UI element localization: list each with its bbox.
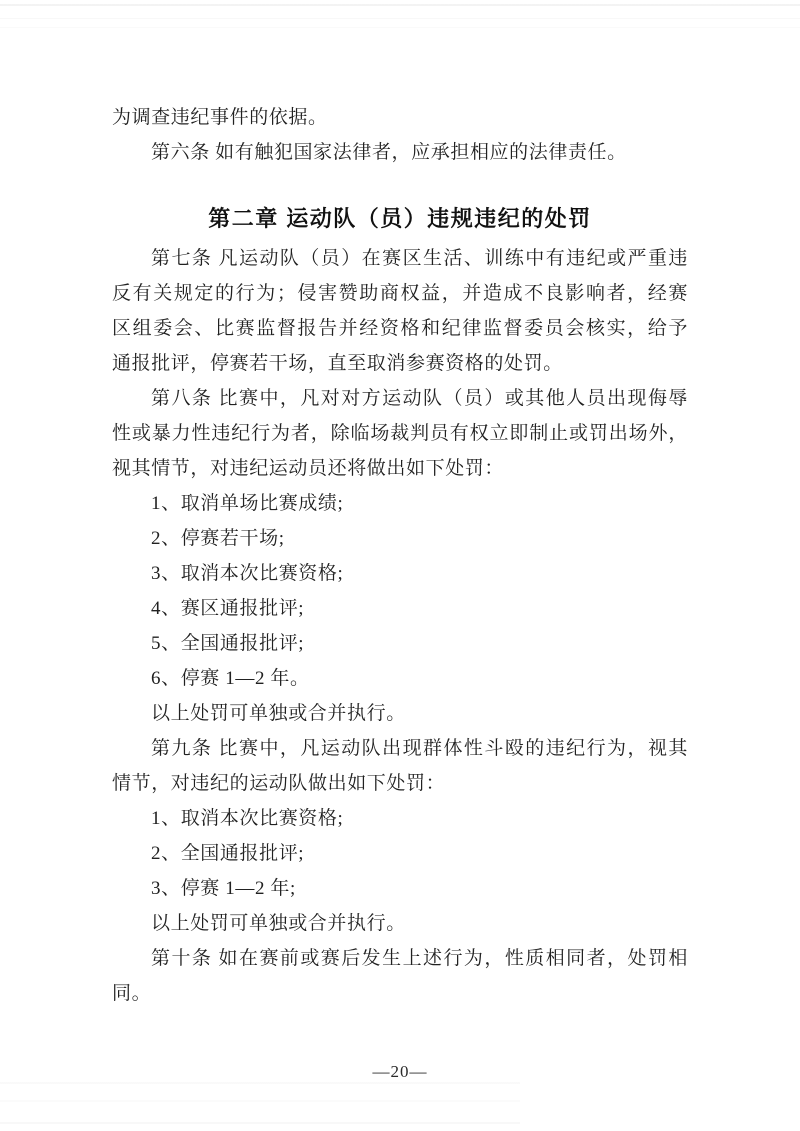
- document-page: 为调查违纪事件的依据。 第六条 如有触犯国家法律者，应承担相应的法律责任。 第二…: [0, 0, 800, 1131]
- chapter-heading: 第二章 运动队（员）违规违纪的处罚: [112, 198, 688, 240]
- text-line: 情节，对违纪的运动队做出如下处罚：: [112, 766, 688, 801]
- text-line: 同。: [112, 976, 688, 1011]
- text-line: 第六条 如有触犯国家法律者，应承担相应的法律责任。: [112, 135, 688, 170]
- list-item: 2、全国通报批评;: [112, 836, 688, 871]
- list-item: 6、停赛 1—2 年。: [112, 661, 688, 696]
- list-item: 1、取消本次比赛资格;: [112, 801, 688, 836]
- text-line: 为调查违纪事件的依据。: [112, 100, 688, 135]
- scan-artifact-bottom: [0, 1082, 520, 1128]
- text-line: 区组委会、比赛监督报告并经资格和纪律监督委员会核实，给予: [112, 311, 688, 346]
- page-footer: —20—: [0, 1060, 800, 1084]
- intro-paragraphs: 为调查违纪事件的依据。 第六条 如有触犯国家法律者，应承担相应的法律责任。: [112, 100, 688, 170]
- text-line: 反有关规定的行为；侵害赞助商权益，并造成不良影响者，经赛: [112, 276, 688, 311]
- body-paragraphs: 第七条 凡运动队（员）在赛区生活、训练中有违纪或严重违 反有关规定的行为；侵害赞…: [112, 241, 688, 1011]
- list-item: 3、停赛 1—2 年;: [112, 871, 688, 906]
- text-line: 第七条 凡运动队（员）在赛区生活、训练中有违纪或严重违: [112, 241, 688, 276]
- text-line: 第九条 比赛中，凡运动队出现群体性斗殴的违纪行为，视其: [112, 731, 688, 766]
- scan-artifact-top: [0, 4, 800, 30]
- text-line: 第八条 比赛中，凡对对方运动队（员）或其他人员出现侮辱: [112, 381, 688, 416]
- list-item: 2、停赛若干场;: [112, 521, 688, 556]
- text-line: 视其情节，对违纪运动员还将做出如下处罚：: [112, 451, 688, 486]
- text-line: 性或暴力性违纪行为者，除临场裁判员有权立即制止或罚出场外，: [112, 416, 688, 451]
- text-line: 以上处罚可单独或合并执行。: [112, 696, 688, 731]
- text-line: 第十条 如在赛前或赛后发生上述行为，性质相同者，处罚相: [112, 941, 688, 976]
- list-item: 1、取消单场比赛成绩;: [112, 486, 688, 521]
- text-line: 通报批评，停赛若干场，直至取消参赛资格的处罚。: [112, 346, 688, 381]
- text-line: 以上处罚可单独或合并执行。: [112, 906, 688, 941]
- page-number: —20—: [373, 1062, 428, 1081]
- list-item: 5、全国通报批评;: [112, 626, 688, 661]
- list-item: 3、取消本次比赛资格;: [112, 556, 688, 591]
- list-item: 4、赛区通报批评;: [112, 591, 688, 626]
